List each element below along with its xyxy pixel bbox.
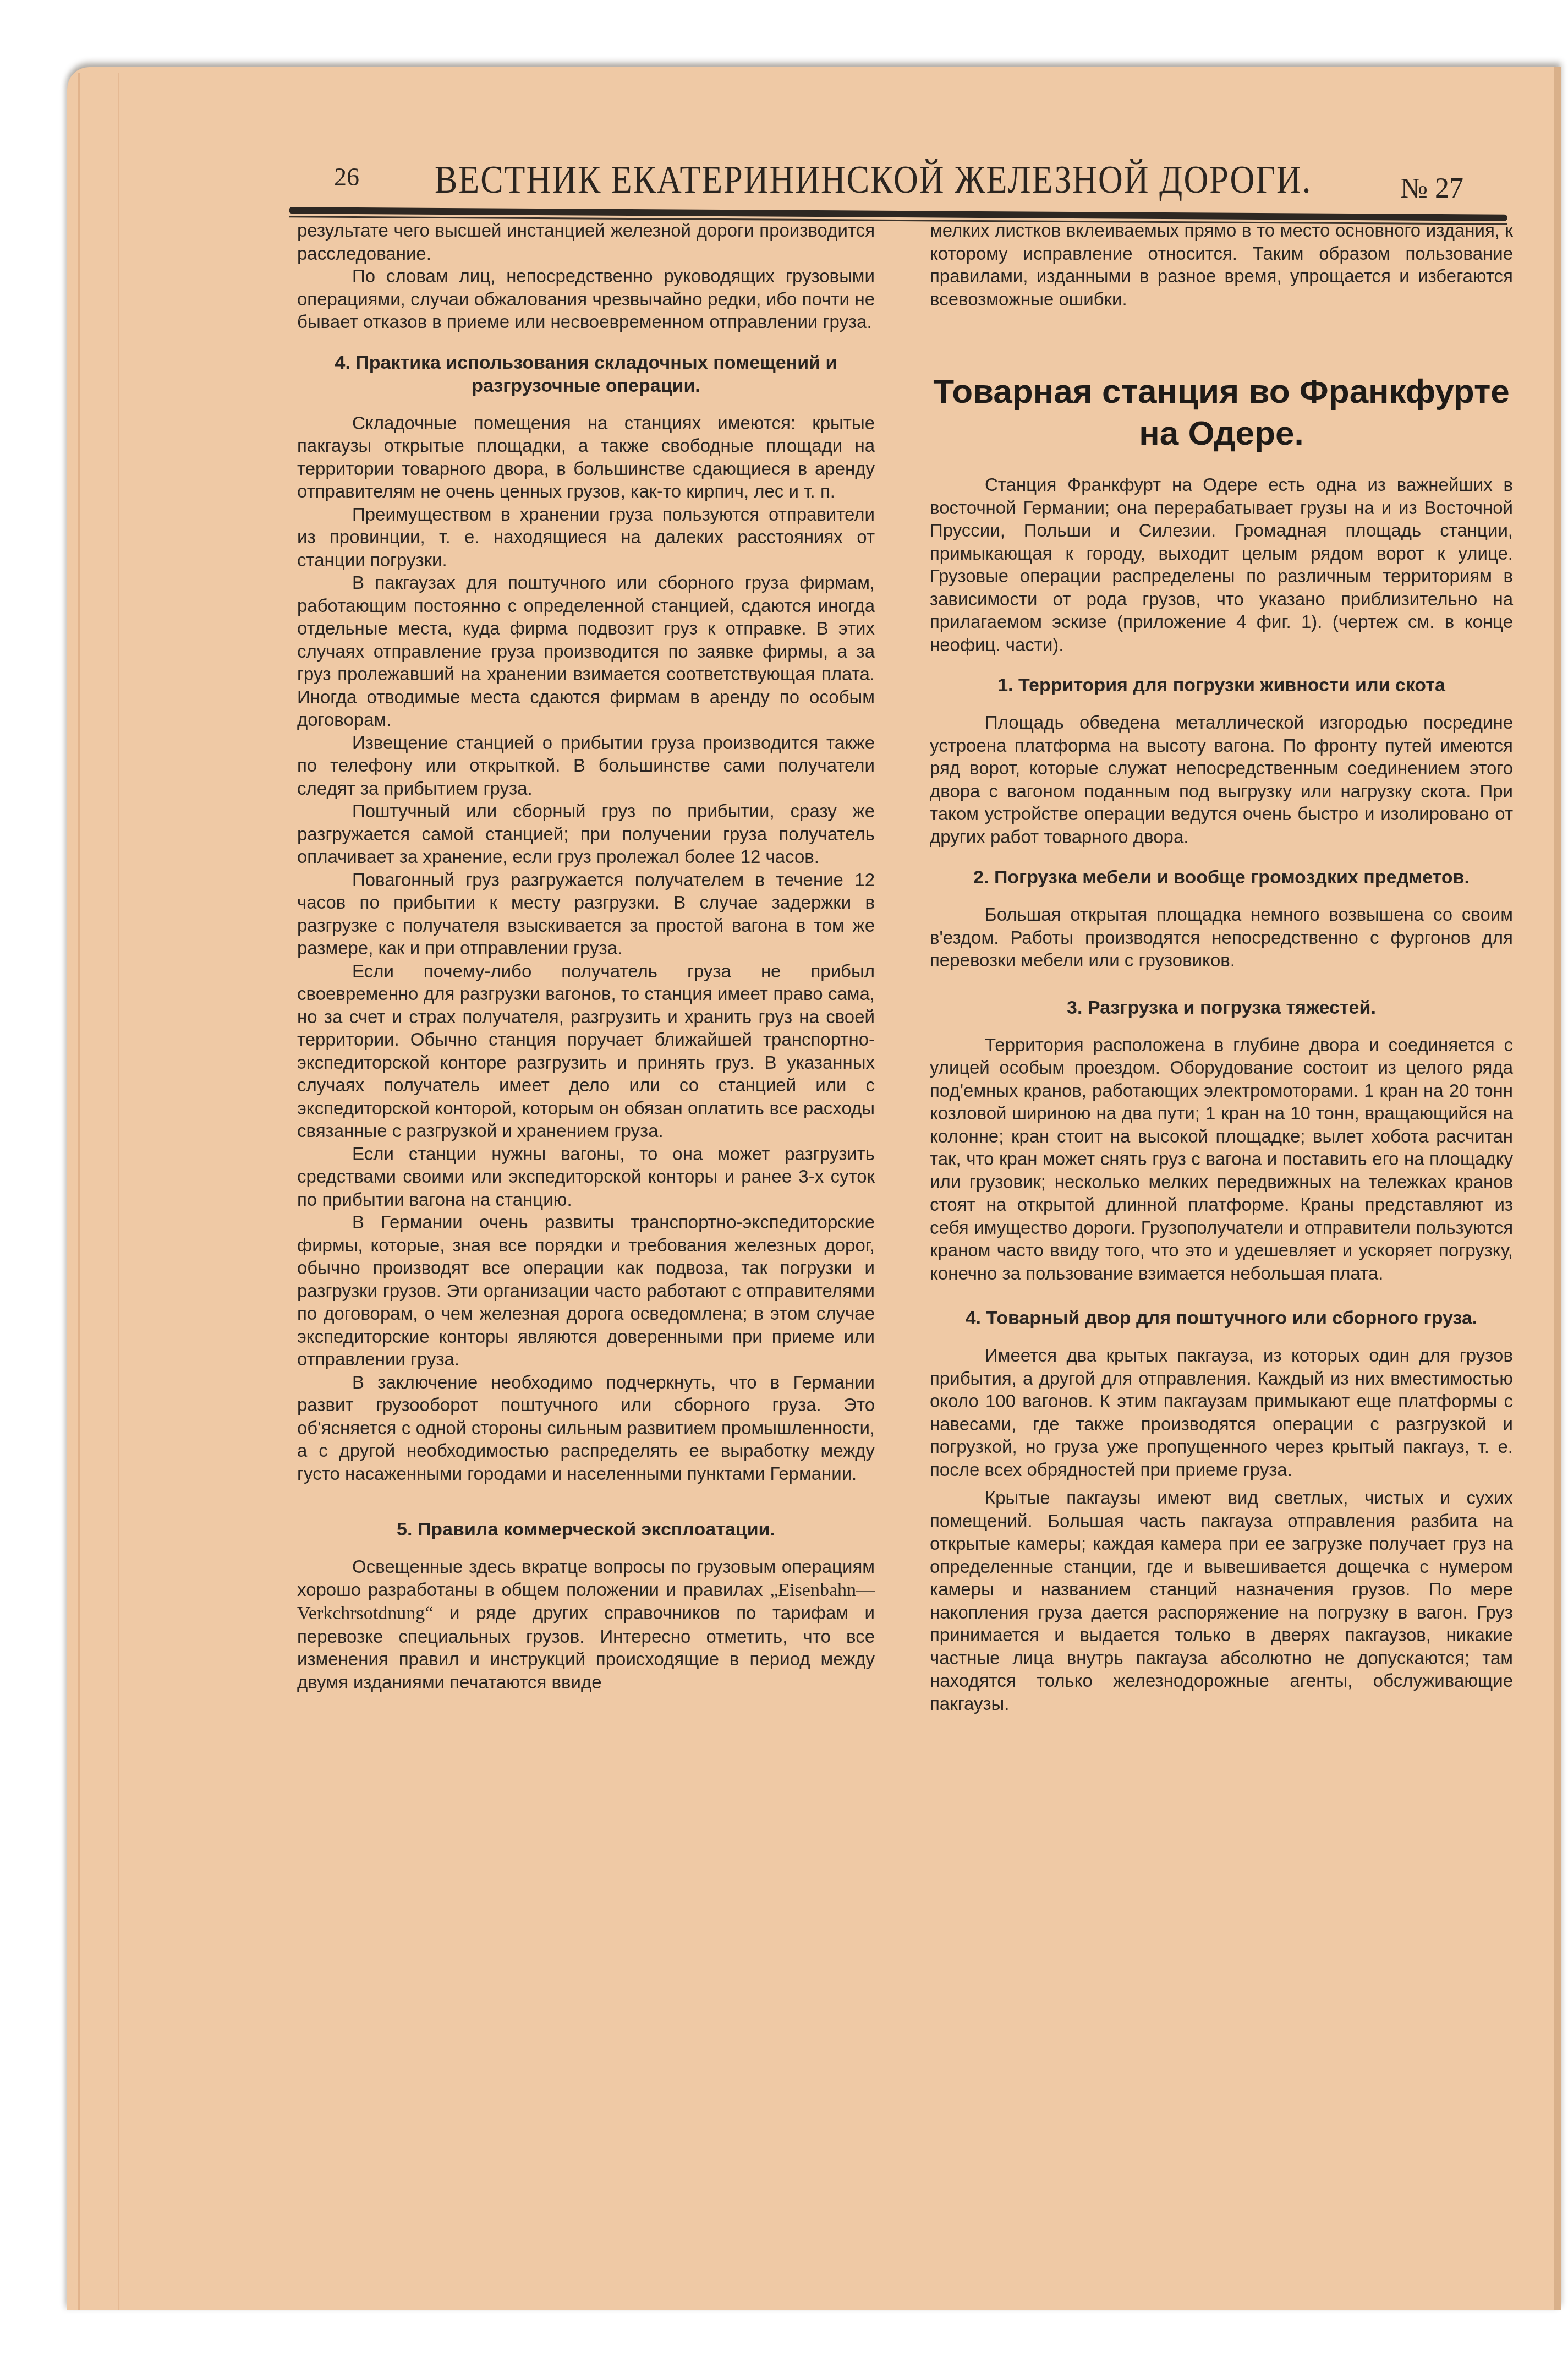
running-header: 26 ВЕСТНИК ЕКАТЕРИНИНСКОЙ ЖЕЛЕЗНОЙ ДОРОГ… — [289, 146, 1507, 217]
paragraph: Складочные помещения на станциях имеются… — [297, 412, 875, 503]
section-heading-4-right: 4. Товарный двор для поштучного или сбор… — [930, 1307, 1513, 1330]
section-heading-2: 2. Погрузка мебели и вообще громоздких п… — [930, 866, 1513, 889]
right-column: мелких листков вклеиваемых прямо в то ме… — [930, 219, 1513, 1715]
section-heading-5: 5. Правила коммерческой эксплоатации. — [297, 1518, 875, 1541]
paragraph: Имеется два крытых пакгауза, из которых … — [930, 1344, 1513, 1481]
paragraph: В пакгаузах для поштучного или сборного … — [297, 571, 875, 731]
section-heading-4: 4. Практика использования складочных пом… — [297, 351, 875, 397]
article-title: Товарная станция во Франкфурте на Одере. — [930, 371, 1513, 455]
left-column: результате чего высшей инстанцией железн… — [297, 219, 875, 1693]
paragraph: результате чего высшей инстанцией железн… — [297, 219, 875, 265]
paragraph: Если станции нужны вагоны, то она может … — [297, 1143, 875, 1211]
section-heading-1: 1. Территория для погрузки живности или … — [930, 674, 1513, 697]
paragraph: Территория расположена в глубине двора и… — [930, 1034, 1513, 1285]
paragraph: По словам лиц, непосредственно руководящ… — [297, 265, 875, 334]
paragraph: Повагонный груз разгружается получателем… — [297, 868, 875, 960]
paragraph: Извещение станцией о прибытии груза прои… — [297, 731, 875, 800]
paragraph: В Германии очень развиты транспортно-экс… — [297, 1211, 875, 1371]
paragraph: В заключение необходимо подчеркнуть, что… — [297, 1371, 875, 1485]
paragraph: Освещенные здесь вкратце вопросы по груз… — [297, 1555, 875, 1693]
paragraph: Большая открытая площадка немного возвыш… — [930, 903, 1513, 972]
issue-number: № 27 — [1400, 172, 1463, 205]
paragraph: Крытые пакгаузы имеют вид светлых, чисты… — [930, 1486, 1513, 1715]
paragraph: Площадь обведена металлической изгородью… — [930, 711, 1513, 848]
section-heading-3: 3. Разгрузка и погрузка тяжестей. — [930, 996, 1513, 1019]
journal-title: ВЕСТНИК ЕКАТЕРИНИНСКОЙ ЖЕЛЕЗНОЙ ДОРОГИ. — [435, 158, 1312, 203]
paragraph: Преимуществом в хранении груза пользуютс… — [297, 503, 875, 572]
paragraph: мелких листков вклеиваемых прямо в то ме… — [930, 219, 1513, 310]
page-number: 26 — [334, 162, 359, 192]
paragraph: Если почему-либо получатель груза не при… — [297, 960, 875, 1143]
paragraph: Поштучный или сборный груз по прибытии, … — [297, 800, 875, 868]
paragraph: Станция Франкфурт на Одере есть одна из … — [930, 473, 1513, 656]
